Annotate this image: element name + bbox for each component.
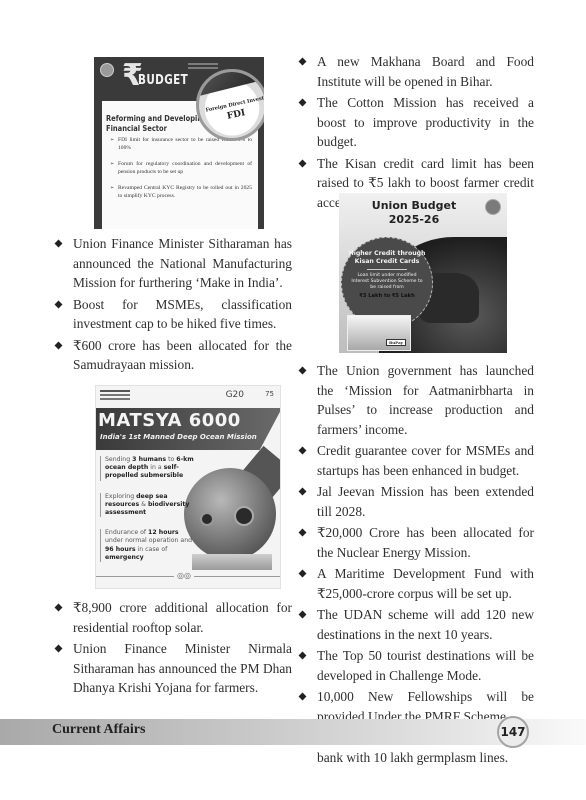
list-item: The Cotton Mission has received a boost … bbox=[296, 93, 534, 152]
circle-amount: ₹3 Lakh to ₹5 Lakh bbox=[342, 293, 432, 299]
g20-logo: G20 bbox=[226, 390, 244, 400]
list-item: ₹600 crore has been allocated for the Sa… bbox=[52, 336, 292, 375]
diamond-bullet-icon bbox=[299, 488, 307, 496]
list-item: The Union government has launched the ‘M… bbox=[296, 361, 534, 439]
magnifier-lens: Foreign Direct Investment FDI bbox=[196, 69, 264, 141]
submersible-image bbox=[184, 468, 276, 560]
matsya-subtitle: India's 1st Manned Deep Ocean Mission bbox=[100, 433, 257, 441]
diamond-bullet-icon bbox=[299, 693, 307, 701]
diamond-bullet-icon bbox=[299, 367, 307, 375]
list-item: Union Finance Minister Nirmala Sitharama… bbox=[52, 639, 292, 698]
right-bullets-bottom: The Union government has launched the ‘M… bbox=[296, 361, 534, 769]
list-item: Jal Jeevan Mission has been extended til… bbox=[296, 482, 534, 521]
list-item: Credit guarantee cover for MSMEs and sta… bbox=[296, 441, 534, 480]
section-title: Current Affairs bbox=[52, 722, 145, 738]
fact-item: Exploring deep sea resources & biodivers… bbox=[100, 493, 196, 518]
left-bullets-top: Union Finance Minister Sitharaman has an… bbox=[52, 234, 292, 377]
list-item: A Maritime Development Fund with ₹25,000… bbox=[296, 564, 534, 603]
diamond-bullet-icon bbox=[55, 604, 63, 612]
matsya-6000-infographic: G20 75 MATSYA 6000 India's 1st Manned De… bbox=[95, 385, 281, 589]
diamond-bullet-icon bbox=[55, 645, 63, 653]
footer-logo-icon: ◎◎ bbox=[174, 571, 194, 580]
budget-fdi-infographic: ₹ BUDGET Foreign Direct Investment FDI R… bbox=[94, 57, 264, 229]
budget-brand: BUDGET bbox=[138, 73, 188, 88]
emblem-icon bbox=[100, 63, 114, 77]
point: Revamped Central KYC Registry to be roll… bbox=[110, 185, 252, 200]
diamond-bullet-icon bbox=[299, 611, 307, 619]
list-item: Union Finance Minister Sitharaman has an… bbox=[52, 234, 292, 293]
list-item: A new Makhana Board and Food Institute w… bbox=[296, 52, 534, 91]
kisan-title: Union Budget 2025-26 bbox=[339, 199, 489, 227]
ministry-logo bbox=[100, 390, 130, 402]
kisan-card-image: RuPay bbox=[347, 315, 411, 351]
fact-item: Endurance of 12 hours under normal opera… bbox=[100, 529, 196, 562]
badge-logo-icon bbox=[485, 199, 501, 215]
infographic-points: FDI limit for insurance sector to be rai… bbox=[110, 137, 252, 209]
rupay-logo: RuPay bbox=[386, 339, 406, 346]
matsya-facts: Sending 3 humans to 6-km ocean depth in … bbox=[100, 456, 196, 574]
lens-label: FDI bbox=[226, 108, 246, 122]
matsya-title: MATSYA 6000 bbox=[98, 410, 241, 431]
diamond-bullet-icon bbox=[299, 570, 307, 578]
diamond-bullet-icon bbox=[299, 529, 307, 537]
right-bullets-top: A new Makhana Board and Food Institute w… bbox=[296, 52, 534, 214]
submersible-stand bbox=[192, 554, 272, 570]
left-bullets-bottom: ₹8,900 crore additional allocation for r… bbox=[52, 598, 292, 700]
diamond-bullet-icon bbox=[299, 652, 307, 660]
fact-item: Sending 3 humans to 6-km ocean depth in … bbox=[100, 456, 196, 481]
point: Forum for regulatory coordination and de… bbox=[110, 161, 252, 176]
diamond-bullet-icon bbox=[55, 341, 63, 349]
diamond-bullet-icon bbox=[299, 58, 307, 66]
kisan-credit-infographic: Union Budget 2025-26 Higher Credit throu… bbox=[339, 193, 507, 353]
page-number: 147 bbox=[497, 716, 529, 748]
diamond-bullet-icon bbox=[299, 99, 307, 107]
list-item: The UDAN scheme will add 120 new destina… bbox=[296, 605, 534, 644]
diamond-bullet-icon bbox=[55, 300, 63, 308]
diamond-bullet-icon bbox=[55, 240, 63, 248]
list-item: The Top 50 tourist destinations will be … bbox=[296, 646, 534, 685]
diamond-bullet-icon bbox=[299, 159, 307, 167]
circle-heading: Higher Credit through Kisan Credit Cards bbox=[342, 250, 432, 266]
circle-body: Loan limit under modified Interest Subve… bbox=[342, 273, 432, 291]
diamond-bullet-icon bbox=[299, 447, 307, 455]
azadi-logo: 75 bbox=[265, 390, 274, 398]
list-item: Boost for MSMEs, classification investme… bbox=[52, 295, 292, 334]
list-item: ₹20,000 Crore has been allocated for the… bbox=[296, 523, 534, 562]
list-item: ₹8,900 crore additional allocation for r… bbox=[52, 598, 292, 637]
